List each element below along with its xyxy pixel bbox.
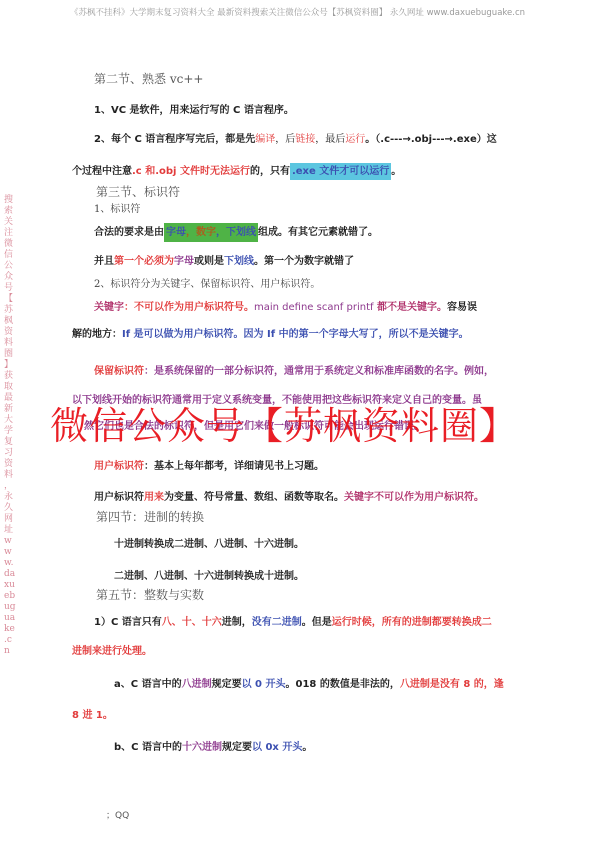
section-4-title: 第四节：进制的转换: [96, 508, 204, 525]
sec3-subtitle-1: 1、标识符: [94, 200, 140, 215]
text: 八、十、十六: [162, 617, 222, 628]
hex-line: b、C 语言中的十六进制规定要以 0x 开头。: [114, 738, 312, 753]
text: 字母: [174, 256, 194, 267]
text: a、C 语言中的: [114, 679, 182, 690]
section-2-title: 第二节、熟悉 vc++: [94, 70, 203, 87]
sec4-line-2: 二进制、八进制、十六进制转换成十进制。: [114, 567, 304, 582]
text: 。第一个为数字就错了: [254, 256, 354, 267]
text: 以 0 开头: [242, 679, 286, 690]
text-run: 运行: [345, 134, 365, 145]
sec3-rule-1: 合法的要求是由字母，数字，下划线组成。有其它元素就错了。: [94, 223, 378, 238]
keyword-line-1: 关键字：不可以作为用户标识符号。main define scanf printf…: [94, 298, 477, 313]
side-watermark: 搜索关注微信公众号【苏枫资料圈】获取最新大学复习资料，永久网址 www.daxu…: [4, 195, 16, 657]
text: 字母: [166, 227, 186, 238]
user-id-line-1: 用户标识符：基本上每年都考，详细请见书上习题。: [94, 457, 324, 472]
text: 关键字: [94, 302, 124, 313]
text: 解的地方：: [72, 329, 122, 340]
text: 数字: [196, 227, 216, 238]
sec5-line-1: 1）C 语言只有八、十、十六进制，没有二进制。但是运行时候，所有的进制都要转换成…: [94, 613, 492, 628]
text: 保留标识符: [94, 366, 144, 377]
text-link: 链接: [295, 134, 315, 145]
text: 用户标识符: [94, 492, 144, 503]
text: 1）C 语言只有: [94, 617, 162, 628]
text: 。: [302, 742, 312, 753]
text: 规定要: [222, 742, 252, 753]
text: 下划线: [226, 227, 256, 238]
text: 都不是关键字。: [374, 302, 447, 313]
text: 。: [391, 166, 401, 177]
text-compile: 编译: [255, 134, 275, 145]
text: ：基本上每年都考，详细请见书上习题。: [144, 461, 324, 472]
section-3-title: 第三节、标识符: [96, 183, 180, 200]
text: ，最后: [315, 134, 345, 145]
user-id-line-2: 用户标识符用来为变量、符号常量、数组、函数等取名。关键字不可以作为用户标识符。: [94, 488, 484, 503]
text: 合法的要求是由: [94, 227, 164, 238]
sec4-line-1: 十进制转换成二进制、八进制、十六进制。: [114, 535, 304, 550]
sec3-subtitle-2: 2、标识符分为关键字、保留标识符、用户标识符。: [94, 275, 320, 290]
text: ，后: [275, 134, 295, 145]
text: 。018 的数值是非法的，: [286, 679, 400, 690]
footer-text: ；QQ: [106, 808, 129, 821]
text: 用来: [144, 492, 164, 503]
text: 。但是: [302, 617, 332, 628]
text: 没有二进制: [252, 617, 302, 628]
text: 关键字不可以作为用户标识符。: [344, 492, 484, 503]
text: 并且: [94, 256, 114, 267]
text: 下划线: [224, 256, 254, 267]
reserved-line-1: 保留标识符：是系统保留的一部分标识符，通常用于系统定义和标准库函数的名字。例如，: [94, 362, 494, 377]
text: 个过程中注意: [72, 166, 132, 177]
text: b、C 语言中的: [114, 742, 182, 753]
sec2-line-2: 2、每个 C 语言程序写完后，都是先编译，后链接，最后运行。（.c---→.ob…: [94, 130, 497, 145]
text: 十六进制: [182, 742, 222, 753]
text: 进制，: [222, 617, 252, 628]
sec2-line-3: 个过程中注意.c 和.obj 文件时无法运行的，只有.exe 文件才可以运行。: [72, 162, 401, 177]
text-highlight-cyan: .exe 文件才可以运行: [290, 163, 391, 180]
text: 八进制是没有 8 的，逢: [400, 679, 504, 690]
text: 组成。有其它元素就错了。: [258, 227, 378, 238]
sec5-line-2: 进制来进行处理。: [72, 642, 152, 657]
text: 第一个必须为: [114, 256, 174, 267]
text: 。（.c---→.obj---→.exe）这: [365, 134, 496, 145]
keyword-line-2: 解的地方：If 是可以做为用户标识符。因为 If 中的第一个字母大写了，所以不是…: [72, 325, 469, 340]
text: 的，只有: [250, 166, 290, 177]
text: 用户标识符: [94, 461, 144, 472]
text: 为变量、符号常量、数组、函数等取名。: [164, 492, 344, 503]
text: 运行时候，所有的进制都要转换成二: [332, 617, 492, 628]
text: If 是可以做为用户标识符。因为 If 中的第一个字母大写了，所以不是关键字。: [122, 329, 469, 340]
wechat-watermark: 微信公众号【苏枫资料圈】: [50, 395, 518, 450]
sec2-line-1: 1、VC 是软件，用来运行写的 C 语言程序。: [94, 101, 294, 116]
section-5-title: 第五节：整数与实数: [96, 586, 204, 603]
text: 或则是: [194, 256, 224, 267]
text: 八进制: [182, 679, 212, 690]
page-header-banner: 《苏枫不挂科》大学期末复习资料大全 最新资料搜索关注微信公众号【苏枫资料圈】 永…: [0, 6, 595, 18]
octal-line-2: 8 进 1。: [72, 706, 113, 721]
text: ：是系统保留的一部分标识符，通常用于系统定义和标准库函数的名字。例如，: [144, 366, 494, 377]
text: 以 0x 开头: [252, 742, 302, 753]
text: ，: [216, 227, 226, 238]
text: ，: [186, 227, 196, 238]
text: 规定要: [212, 679, 242, 690]
text: 容易误: [447, 302, 477, 313]
text: 2、每个 C 语言程序写完后，都是先: [94, 134, 255, 145]
text-highlight-red: .c 和.obj 文件时无法运行: [132, 166, 250, 177]
sec3-rule-2: 并且第一个必须为字母或则是下划线。第一个为数字就错了: [94, 252, 354, 267]
text: main define scanf printf: [254, 302, 374, 313]
octal-line-1: a、C 语言中的八进制规定要以 0 开头。018 的数值是非法的，八进制是没有 …: [114, 675, 504, 690]
text: ：不可以作为用户标识符号。: [124, 302, 254, 313]
